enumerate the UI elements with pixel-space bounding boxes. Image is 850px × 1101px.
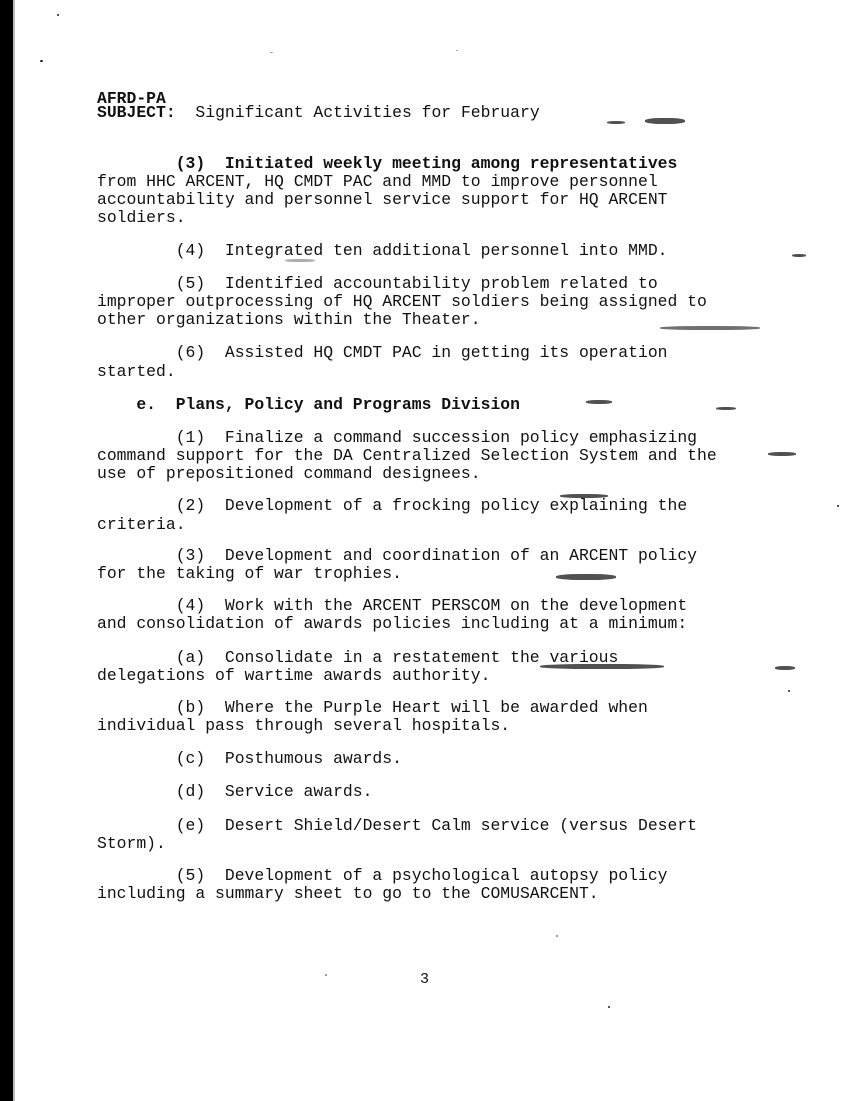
scan-edge-line (13, 0, 15, 1101)
text-line: (c) Posthumous awards. (97, 750, 402, 768)
text-line: soldiers. (97, 209, 186, 227)
text-line: use of prepositioned command designees. (97, 465, 481, 483)
text-line: delegations of wartime awards authority. (97, 667, 490, 685)
scan-edge-bar (0, 0, 13, 1101)
text-line: Storm). (97, 835, 166, 853)
text-line: (5) Identified accountability problem re… (97, 275, 658, 293)
scan-smudge (607, 121, 625, 124)
text-line: from HHC ARCENT, HQ CMDT PAC and MMD to … (97, 173, 658, 191)
scan-smudge (586, 400, 612, 404)
text-line: (6) Assisted HQ CMDT PAC in getting its … (97, 344, 668, 362)
scan-smudge (716, 407, 736, 410)
text-line: command support for the DA Centralized S… (97, 447, 717, 465)
scan-speck (40, 60, 43, 62)
text-line: (5) Development of a psychological autop… (97, 867, 668, 885)
scan-smudge (556, 574, 616, 580)
text-line: (d) Service awards. (97, 783, 372, 801)
scan-speck (837, 505, 839, 507)
scan-smudge (775, 666, 795, 670)
text-line: criteria. (97, 516, 186, 534)
text-line: and consolidation of awards policies inc… (97, 615, 687, 633)
subject-line: SUBJECT: Significant Activities for Febr… (97, 104, 540, 122)
scan-smudge (540, 664, 664, 669)
scan-speck (788, 690, 790, 692)
subject-label: SUBJECT: (97, 103, 176, 122)
scan-speck (556, 935, 558, 937)
text-line: (2) Development of a frocking policy exp… (97, 497, 687, 515)
scan-smudge (285, 259, 315, 262)
scan-smudge (645, 118, 685, 124)
text-line: (a) Consolidate in a restatement the var… (97, 649, 618, 667)
text-line: started. (97, 363, 176, 381)
subject-text: Significant Activities for February (195, 103, 539, 122)
text-line: for the taking of war trophies. (97, 565, 402, 583)
text-line: (b) Where the Purple Heart will be award… (97, 699, 648, 717)
text-line: improper outprocessing of HQ ARCENT sold… (97, 293, 707, 311)
text-line: (4) Integrated ten additional personnel … (97, 242, 668, 260)
scan-speck (456, 50, 458, 51)
text-line: (4) Work with the ARCENT PERSCOM on the … (97, 597, 687, 615)
scan-smudge (792, 254, 806, 257)
scan-speck (325, 974, 327, 976)
page-number: 3 (420, 971, 429, 988)
text-line: accountability and personnel service sup… (97, 191, 668, 209)
section-heading: e. Plans, Policy and Programs Division (97, 396, 520, 414)
text-line: (e) Desert Shield/Desert Calm service (v… (97, 817, 697, 835)
text-line: other organizations within the Theater. (97, 311, 481, 329)
scan-smudge (560, 494, 608, 498)
scan-edge-corner (0, 0, 14, 6)
text-line: (1) Finalize a command succession policy… (97, 429, 697, 447)
text-line: (3) Initiated weekly meeting among repre… (97, 155, 677, 173)
text-line: (3) Development and coordination of an A… (97, 547, 697, 565)
scan-speck (608, 1006, 610, 1008)
scan-speck (57, 14, 59, 16)
text-line: individual pass through several hospital… (97, 717, 510, 735)
scan-smudge (660, 326, 760, 330)
text-line: including a summary sheet to go to the C… (97, 885, 599, 903)
scan-speck (270, 52, 273, 53)
scan-smudge (768, 452, 796, 456)
